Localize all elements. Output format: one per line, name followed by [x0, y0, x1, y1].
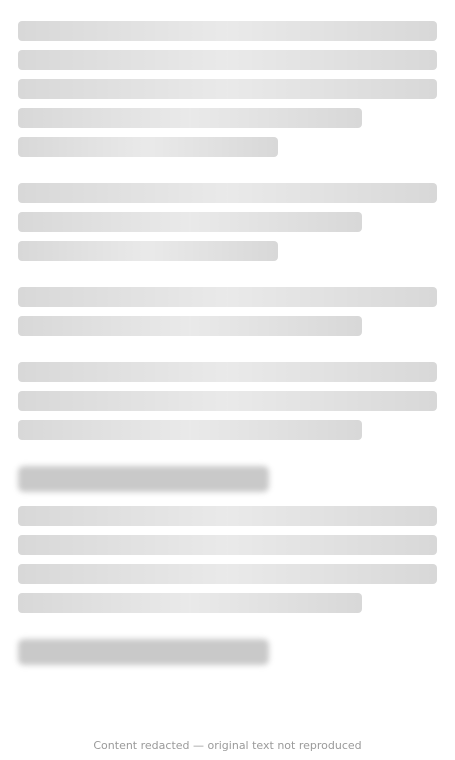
- redacted-text-line: [18, 287, 437, 307]
- redacted-text-line: [18, 362, 437, 382]
- redacted-text-line: [18, 137, 278, 157]
- redacted-text-line: [18, 108, 362, 128]
- redacted-paragraph: [18, 21, 437, 157]
- redacted-paragraph: [18, 506, 437, 613]
- redacted-text-line: [18, 593, 362, 613]
- redacted-text-line: [18, 183, 437, 203]
- redacted-text-line: [18, 316, 362, 336]
- redacted-text-line: [18, 79, 437, 99]
- redacted-text-line: [18, 535, 437, 555]
- document-content: [18, 12, 437, 679]
- redacted-text-line: [18, 50, 437, 70]
- redaction-notice: Content redacted — original text not rep…: [18, 739, 437, 752]
- redacted-paragraph: [18, 183, 437, 261]
- redacted-paragraph: [18, 287, 437, 336]
- redacted-text-line: [18, 212, 362, 232]
- document-page: Content redacted — original text not rep…: [0, 0, 455, 760]
- redacted-text-line: [18, 241, 278, 261]
- blurred-region: [18, 639, 269, 665]
- redacted-text-line: [18, 564, 437, 584]
- blurred-region: [18, 466, 269, 492]
- redacted-text-line: [18, 21, 437, 41]
- redacted-text-line: [18, 391, 437, 411]
- redacted-text-line: [18, 506, 437, 526]
- redacted-text-line: [18, 420, 362, 440]
- redacted-paragraph: [18, 362, 437, 440]
